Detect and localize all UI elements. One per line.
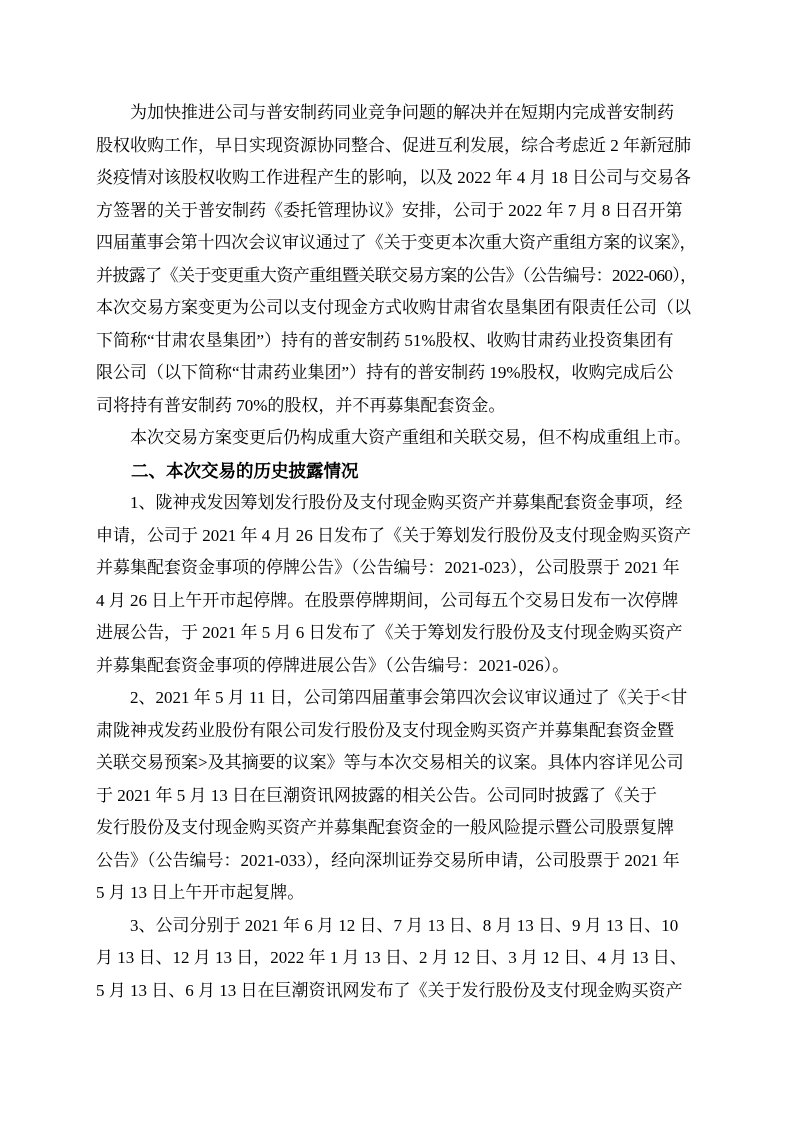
text-line: 炎疫情对该股权收购工作进程产生的影响，以及 2022 年 4 月 18 日公司与…: [96, 162, 697, 195]
text-line: 并募集配套资金事项的停牌进展公告》（公告编号：2021-026）。: [96, 650, 697, 683]
text-line: 申请，公司于 2021 年 4 月 26 日发布了《关于筹划发行股份及支付现金购…: [96, 520, 697, 553]
text-line: 进展公告，于 2021 年 5 月 6 日发布了《关于筹划发行股份及支付现金购买…: [96, 617, 697, 650]
text-line: 限公司（以下简称“甘肃药业集团”）持有的普安制药 19%股权，收购完成后公: [96, 357, 697, 390]
text-line: 本次交易方案变更为公司以支付现金方式收购甘肃省农垦集团有限责任公司（以: [96, 292, 697, 325]
document-page: 为加快推进公司与普安制药同业竞争问题的解决并在短期内完成普安制药股权收购工作，早…: [0, 0, 793, 1122]
text-line: 肃陇神戎发药业股份有限公司发行股份及支付现金购买资产并募集配套资金暨: [96, 715, 697, 748]
paragraph: 3、公司分别于 2021 年 6 月 12 日、7 月 13 日、8 月 13 …: [96, 910, 697, 1008]
text-line: 月 13 日、12 月 13 日，2022 年 1 月 13 日、2 月 12 …: [96, 942, 697, 975]
paragraph: 1、陇神戎发因筹划发行股份及支付现金购买资产并募集配套资金事项，经申请，公司于 …: [96, 487, 697, 682]
text-line: 1、陇神戎发因筹划发行股份及支付现金购买资产并募集配套资金事项，经: [96, 487, 697, 520]
text-line: 2、2021 年 5 月 11 日，公司第四届董事会第四次会议审议通过了《关于<…: [96, 682, 697, 715]
text-line: 关联交易预案>及其摘要的议案》等与本次交易相关的议案。具体内容详见公司: [96, 747, 697, 780]
text-line: 4 月 26 日上午开市起停牌。在股票停牌期间，公司每五个交易日发布一次停牌: [96, 585, 697, 618]
text-line: 5 月 13 日、6 月 13 日在巨潮资讯网发布了《关于发行股份及支付现金购买…: [96, 975, 697, 1008]
text-line: 下简称“甘肃农垦集团”）持有的普安制药 51%股权、收购甘肃药业投资集团有: [96, 325, 697, 358]
paragraph: 为加快推进公司与普安制药同业竞争问题的解决并在短期内完成普安制药股权收购工作，早…: [96, 97, 697, 422]
text-line: 股权收购工作，早日实现资源协同整合、促进互利发展，综合考虑近 2 年新冠肺: [96, 130, 697, 163]
text-line: 并募集配套资金事项的停牌公告》（公告编号：2021-023），公司股票于 202…: [96, 552, 697, 585]
text-line: 司将持有普安制药 70%的股权，并不再募集配套资金。: [96, 390, 697, 423]
text-line: 并披露了《关于变更重大资产重组暨关联交易方案的公告》（公告编号：2022-060…: [96, 260, 697, 293]
text-line: 本次交易方案变更后仍构成重大资产重组和关联交易，但不构成重组上市。: [96, 422, 697, 455]
text-line: 5 月 13 日上午开市起复牌。: [96, 877, 697, 910]
text-line: 公告》（公告编号：2021-033），经向深圳证券交易所申请，公司股票于 202…: [96, 845, 697, 878]
text-line: 于 2021 年 5 月 13 日在巨潮资讯网披露的相关公告。公司同时披露了《关…: [96, 780, 697, 813]
section-heading: 二、本次交易的历史披露情况: [96, 455, 697, 488]
text-line: 为加快推进公司与普安制药同业竞争问题的解决并在短期内完成普安制药: [96, 97, 697, 130]
document-body: 为加快推进公司与普安制药同业竞争问题的解决并在短期内完成普安制药股权收购工作，早…: [96, 97, 697, 1007]
text-line: 二、本次交易的历史披露情况: [96, 455, 697, 488]
paragraph: 本次交易方案变更后仍构成重大资产重组和关联交易，但不构成重组上市。: [96, 422, 697, 455]
paragraph: 2、2021 年 5 月 11 日，公司第四届董事会第四次会议审议通过了《关于<…: [96, 682, 697, 910]
text-line: 3、公司分别于 2021 年 6 月 12 日、7 月 13 日、8 月 13 …: [96, 910, 697, 943]
text-line: 发行股份及支付现金购买资产并募集配套资金的一般风险提示暨公司股票复牌: [96, 812, 697, 845]
text-line: 四届董事会第十四次会议审议通过了《关于变更本次重大资产重组方案的议案》，: [96, 227, 697, 260]
text-line: 方签署的关于普安制药《委托管理协议》安排，公司于 2022 年 7 月 8 日召…: [96, 195, 697, 228]
